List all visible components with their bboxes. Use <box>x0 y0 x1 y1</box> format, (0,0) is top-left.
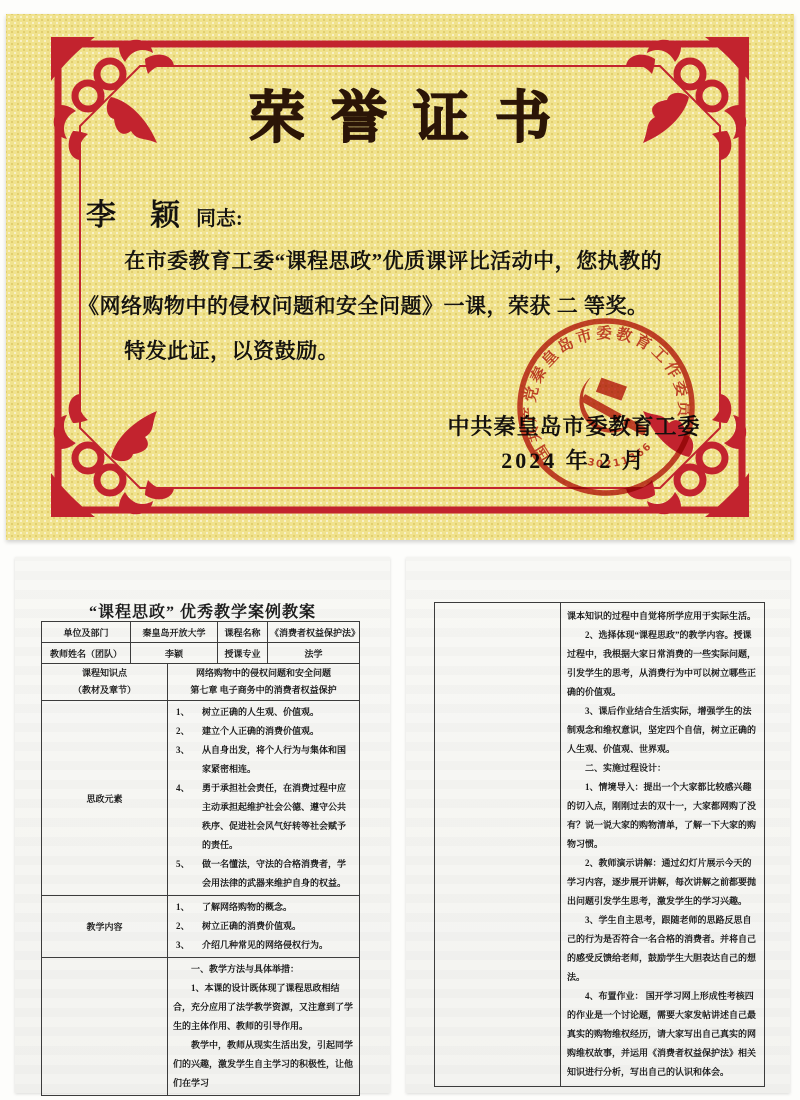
continuation-text: 课本知识的过程中自觉将所学应用于实际生活。2、选择体现“课程思政”的教学内容。授… <box>561 603 764 1086</box>
unit-label: 单位及部门 <box>42 622 131 642</box>
document-page-right: 课本知识的过程中自觉将所学应用于实际生活。2、选择体现“课程思政”的教学内容。授… <box>406 557 790 1093</box>
certificate-body-line-1: 在市委教育工委“课程思政”优质课评比活动中，您执教的 <box>78 245 738 275</box>
svg-text:30211366: 30211366 <box>584 439 658 478</box>
major-value: 法学 <box>268 643 359 663</box>
recipient-honorific: 同志: <box>196 208 243 230</box>
seal-code: 30211366 <box>584 439 658 478</box>
sizheng-item: 3、 从自身出发，将个人行为与集体和国家紧密相连。 <box>173 741 354 779</box>
recipient-name: 李 颖 <box>86 199 182 232</box>
table-row: 一、教学方法与具体举措： 1、本课的设计既体现了课程思政相结合，充分应用了法学教… <box>42 958 359 1095</box>
teaching-content-item: 2、 树立正确的消费价值观。 <box>173 917 354 936</box>
empty-label-cell <box>42 958 168 1095</box>
continuation-paragraph: 2、教师演示讲解：通过幻灯片展示今天的学习内容，逐步展开讲解，每次讲解之前都要抛… <box>567 854 758 911</box>
teaching-content-items: 1、 了解网络购物的概念。 2、 树立正确的消费价值观。 3、 介绍几种常见的网… <box>168 896 359 957</box>
sizheng-label: 思政元素 <box>42 701 168 895</box>
knowledge-point-label: 课程知识点 （教材及章节） <box>42 664 168 700</box>
table-row: 教学内容 1、 了解网络购物的概念。 2、 树立正确的消费价值观。 <box>42 896 359 958</box>
knowledge-point-value: 网络购物中的侵权问题和安全问题 第七章 电子商务中的消费者权益保护 <box>168 664 359 700</box>
continuation-paragraph: 2、选择体现“课程思政”的教学内容。授课过程中，我根据大家日常消费的一些实际问题… <box>567 626 758 702</box>
continuation-paragraph: 3、课后作业结合生活实际，增强学生的法制观念和维权意识，坚定四个自信，树立正确的… <box>567 702 758 759</box>
teacher-label: 教师姓名（团队） <box>42 643 131 663</box>
honor-certificate: 荣誉证书 李 颖 同志: 在市委教育工委“课程思政”优质课评比活动中，您执教的 … <box>6 14 794 540</box>
methods-cell: 一、教学方法与具体举措： 1、本课的设计既体现了课程思政相结合，充分应用了法学教… <box>168 958 359 1095</box>
table-row: 教师姓名（团队） 李颖 授课专业 法学 <box>42 643 359 664</box>
unit-value: 秦皇岛开放大学 <box>131 622 218 642</box>
sizheng-item: 1、 树立正确的人生观、价值观。 <box>173 703 354 722</box>
continuation-paragraph: 3、学生自主思考，跟随老师的思路反思自己的行为是否符合一名合格的消费者。并将自己… <box>567 911 758 987</box>
sizheng-item: 5、 做一名懂法，守法的合格消费者，学会用法律的武器来维护自身的权益。 <box>173 855 354 893</box>
continuation-paragraph: 1、情境导入：提出一个大家都比较感兴趣的切入点，刚刚过去的双十一，大家都网购了没… <box>567 778 758 854</box>
sizheng-item: 2、 建立个人正确的消费价值观。 <box>173 722 354 741</box>
continuation-paragraph: 课本知识的过程中自觉将所学应用于实际生活。 <box>567 607 758 626</box>
methods-heading: 一、教学方法与具体举措： <box>173 960 354 979</box>
certificate-title: 荣誉证书 <box>6 74 794 154</box>
teacher-name-value: 李颖 <box>131 643 218 663</box>
table-row: 课程知识点 （教材及章节） 网络购物中的侵权问题和安全问题 第七章 电子商务中的… <box>42 664 359 701</box>
major-label: 授课专业 <box>218 643 268 663</box>
recipient-line: 李 颖 同志: <box>86 190 243 234</box>
table-row: 单位及部门 秦皇岛开放大学 课程名称 《消费者权益保护法》 <box>42 622 359 643</box>
scanned-document: 荣誉证书 李 颖 同志: 在市委教育工委“课程思政”优质课评比活动中，您执教的 … <box>0 0 800 1100</box>
teaching-content-item: 3、 介绍几种常见的网络侵权行为。 <box>173 936 354 955</box>
method-paragraph: 1、本课的设计既体现了课程思政相结合，充分应用了法学教学资源，又注意到了学生的主… <box>173 979 354 1036</box>
sizheng-item: 4、 勇于承担社会责任，在消费过程中应主动承担起维护社会公德、遵守公共秩序、促进… <box>173 779 354 855</box>
teaching-content-item: 1、 了解网络购物的概念。 <box>173 898 354 917</box>
continuation-table: 课本知识的过程中自觉将所学应用于实际生活。2、选择体现“课程思政”的教学内容。授… <box>434 602 765 1087</box>
course-name-value: 《消费者权益保护法》 <box>268 622 359 642</box>
sizheng-items: 1、 树立正确的人生观、价值观。 2、 建立个人正确的消费价值观。 3、 从自身… <box>168 701 359 895</box>
teaching-case-table: 单位及部门 秦皇岛开放大学 课程名称 《消费者权益保护法》 教师姓名（团队） 李… <box>41 621 360 1096</box>
document-page-left: “课程思政” 优秀教学案例教案 单位及部门 秦皇岛开放大学 课程名称 《消费者权… <box>15 557 390 1093</box>
continuation-paragraph: 4、布置作业： 国开学习网上形成性考核四的作业是一个讨论题，需要大家发帖讲述自己… <box>567 987 758 1082</box>
teaching-content-label: 教学内容 <box>42 896 168 957</box>
hammer-sickle-icon <box>573 366 649 451</box>
empty-label-column <box>435 603 561 1086</box>
page-title: “课程思政” 优秀教学案例教案 <box>15 599 390 622</box>
method-paragraph: 教学中，教师从现实生活出发，引起同学们的兴趣，激发学生自主学习的积极性，让他们在… <box>173 1036 354 1093</box>
course-name-label: 课程名称 <box>218 622 268 642</box>
table-row: 思政元素 1、 树立正确的人生观、价值观。 2、 建立个人正确的消费价值观。 <box>42 701 359 896</box>
method-paragraphs: 1、本课的设计既体现了课程思政相结合，充分应用了法学教学资源，又注意到了学生的主… <box>173 979 354 1093</box>
continuation-paragraph: 二、实施过程设计： <box>567 759 758 778</box>
